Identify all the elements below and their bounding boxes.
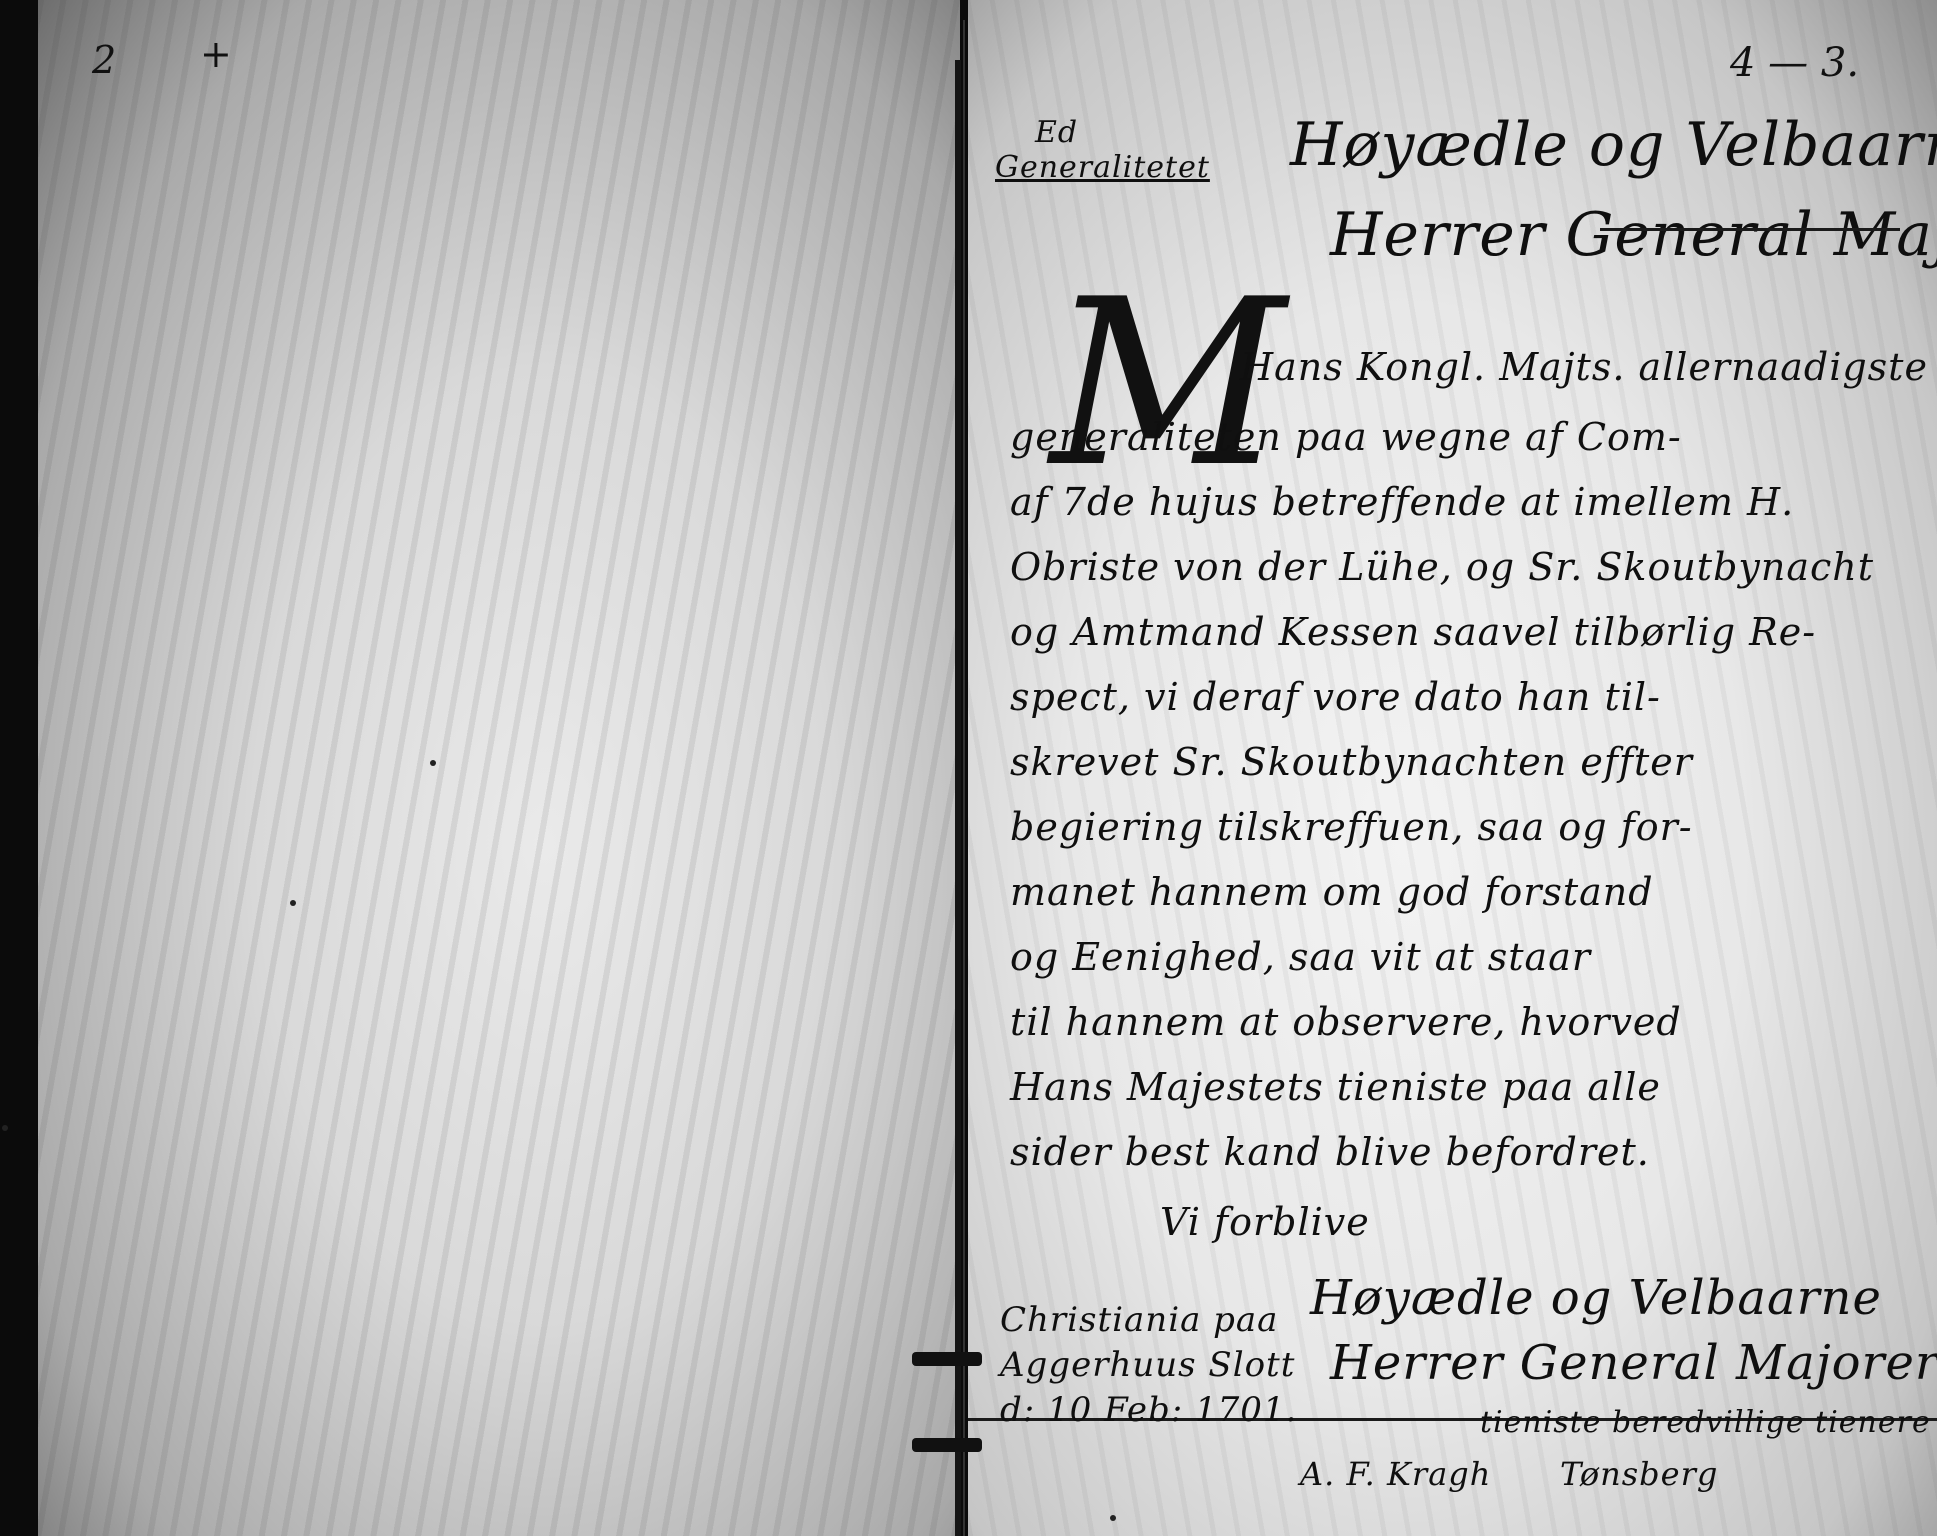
page-gutter-edge (963, 20, 965, 1536)
signature: A. F. Kragh (1300, 1455, 1491, 1493)
body-line: skrevet Sr. Skoutbynachten effter (1010, 740, 1693, 784)
body-line: sider best kand blive befordret. (1010, 1130, 1650, 1174)
left-folio-number: 2 (92, 38, 116, 82)
salutation-line-2: Herrer General Majorer (1330, 200, 1937, 270)
salutation-line-1: Høyædle og Velbaarne (1290, 110, 1937, 180)
ink-speck (430, 760, 436, 766)
scanned-document: 2 + 4 — 3. Ed Generalitetet Høyædle og V… (0, 0, 1937, 1536)
body-line: manet hannem om god forstand (1010, 870, 1654, 914)
closing-salutation-2: Herrer General Majorers (1330, 1335, 1937, 1391)
place-line-2: Aggerhuus Slott (1000, 1345, 1295, 1385)
date-line: d: 10 Feb: 1701. (1000, 1390, 1297, 1430)
body-line: og Amtmand Kessen saavel tilbørlig Re- (1010, 610, 1816, 654)
valediction: tieniste beredvillige tienere (1480, 1405, 1931, 1440)
page-gutter (955, 60, 961, 1536)
margin-heading-generalitetet: Generalitetet (995, 150, 1210, 185)
margin-heading-ed: Ed (1035, 115, 1078, 150)
body-line: Obriste von der Lühe, og Sr. Skoutbynach… (1010, 545, 1874, 589)
binding-thread-mark (912, 1438, 982, 1452)
salutation-flourish (1600, 228, 1900, 231)
ink-speck (1110, 1515, 1116, 1521)
left-page (38, 0, 960, 1536)
left-folio-cross: + (200, 32, 232, 76)
closing-salutation-1: Høyædle og Velbaarne (1310, 1270, 1882, 1326)
ink-speck (290, 900, 296, 906)
body-line: Hans Majestets tieniste paa alle (1010, 1065, 1661, 1109)
place-line-1: Christiania paa (1000, 1300, 1278, 1340)
ink-speck (2, 1125, 8, 1131)
body-line: spect, vi deraf vore dato han til- (1010, 675, 1661, 719)
body-line: til hannem at observere, hvorved (1010, 1000, 1682, 1044)
body-line: af 7de hujus betreffende at imellem H. (1010, 480, 1794, 524)
binding-thread-mark (912, 1352, 982, 1366)
closing-phrase: Vi forblive (1160, 1200, 1370, 1244)
body-line: begiering tilskreffuen, saa og for- (1010, 805, 1693, 849)
right-folio-number: 4 — 3. (1730, 40, 1859, 86)
signature: Tønsberg (1560, 1455, 1718, 1493)
body-line: og Eenighed, saa vit at staar (1010, 935, 1591, 979)
body-line: Hans Kongl. Majts. allernaadigste befali… (1240, 345, 1937, 389)
body-line: generaliteten paa wegne af Com- (1010, 415, 1682, 459)
